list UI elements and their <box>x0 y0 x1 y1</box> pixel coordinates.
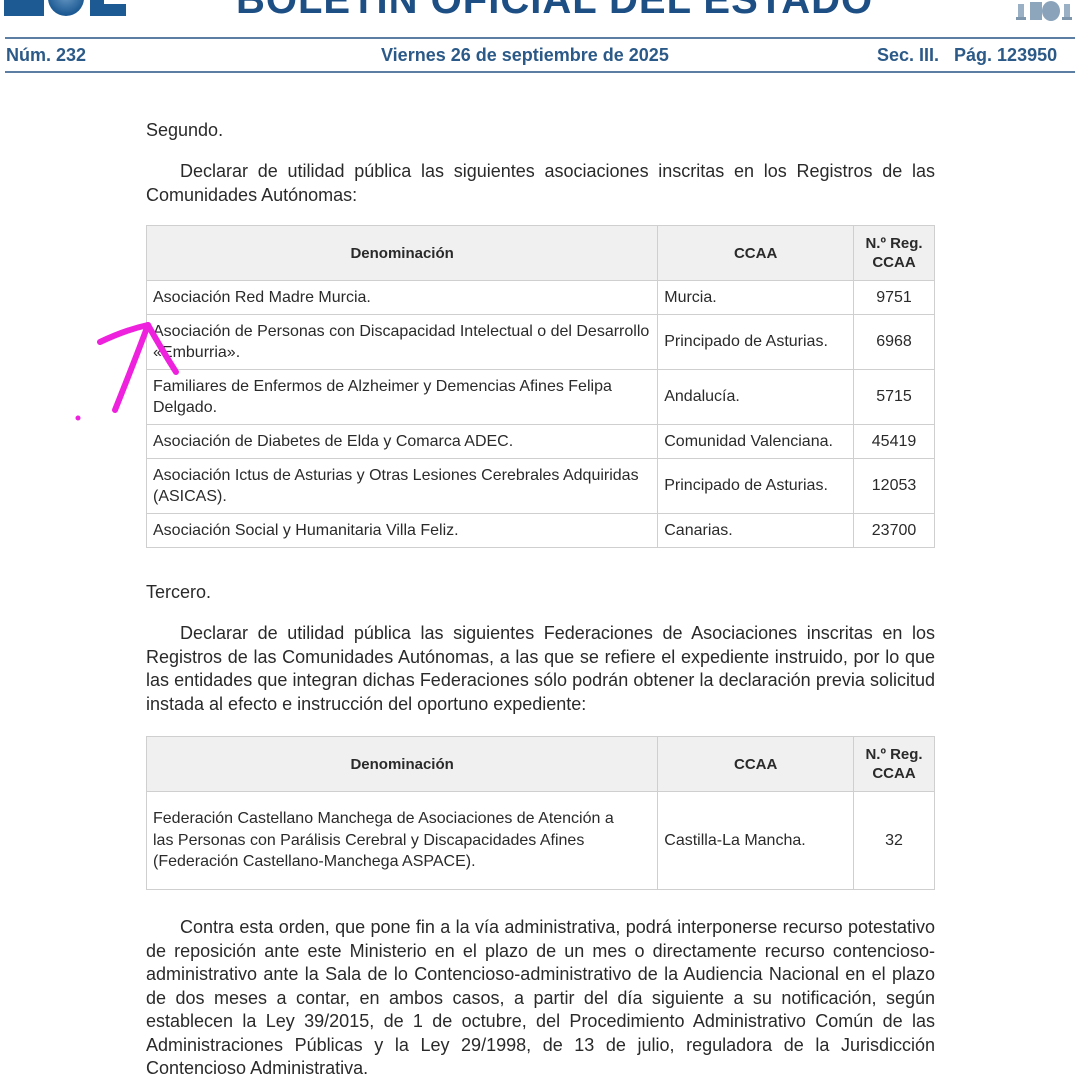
table-row: Asociación Red Madre Murcia. Murcia. 975… <box>147 281 935 315</box>
tercero-heading: Tercero. <box>146 581 935 605</box>
col-header-denominacion: Denominación <box>147 226 658 281</box>
table-row: Federación Castellano Manchega de Asocia… <box>147 792 935 890</box>
federations-table: Denominación CCAA N.º Reg.CCAA Federació… <box>146 736 935 890</box>
issue-number: Núm. 232 <box>6 45 86 66</box>
issue-date: Viernes 26 de septiembre de 2025 <box>381 45 669 66</box>
table-row: Asociación Social y Humanitaria Villa Fe… <box>147 514 935 548</box>
boe-logo <box>4 0 126 16</box>
coat-of-arms-icon <box>1014 0 1076 22</box>
col-header-ccaa: CCAA <box>658 737 854 792</box>
associations-table: Denominación CCAA N.º Reg.CCAA Asociació… <box>146 225 935 548</box>
table-row: Asociación Ictus de Asturias y Otras Les… <box>147 459 935 514</box>
segundo-paragraph: Declarar de utilidad pública las siguien… <box>146 160 935 207</box>
closing-paragraph: Contra esta orden, que pone fin a la vía… <box>146 916 935 1080</box>
table-row: Asociación de Diabetes de Elda y Comarca… <box>147 425 935 459</box>
col-header-reg: N.º Reg.CCAA <box>854 226 935 281</box>
segundo-section: Segundo. <box>146 119 935 143</box>
col-header-denominacion: Denominación <box>147 737 658 792</box>
section-page: Sec. III. Pág. 123950 <box>877 45 1057 66</box>
tercero-paragraph: Declarar de utilidad pública las siguien… <box>146 622 935 716</box>
table-row: Asociación de Personas con Discapacidad … <box>147 315 935 370</box>
header-rule-top <box>5 37 1075 39</box>
header-rule-bottom <box>5 71 1075 73</box>
page-title: BOLETÍN OFICIAL DEL ESTADO <box>236 0 873 23</box>
table-row: Familiares de Enfermos de Alzheimer y De… <box>147 370 935 425</box>
col-header-reg: N.º Reg.CCAA <box>854 737 935 792</box>
segundo-heading: Segundo. <box>146 119 935 143</box>
col-header-ccaa: CCAA <box>658 226 854 281</box>
